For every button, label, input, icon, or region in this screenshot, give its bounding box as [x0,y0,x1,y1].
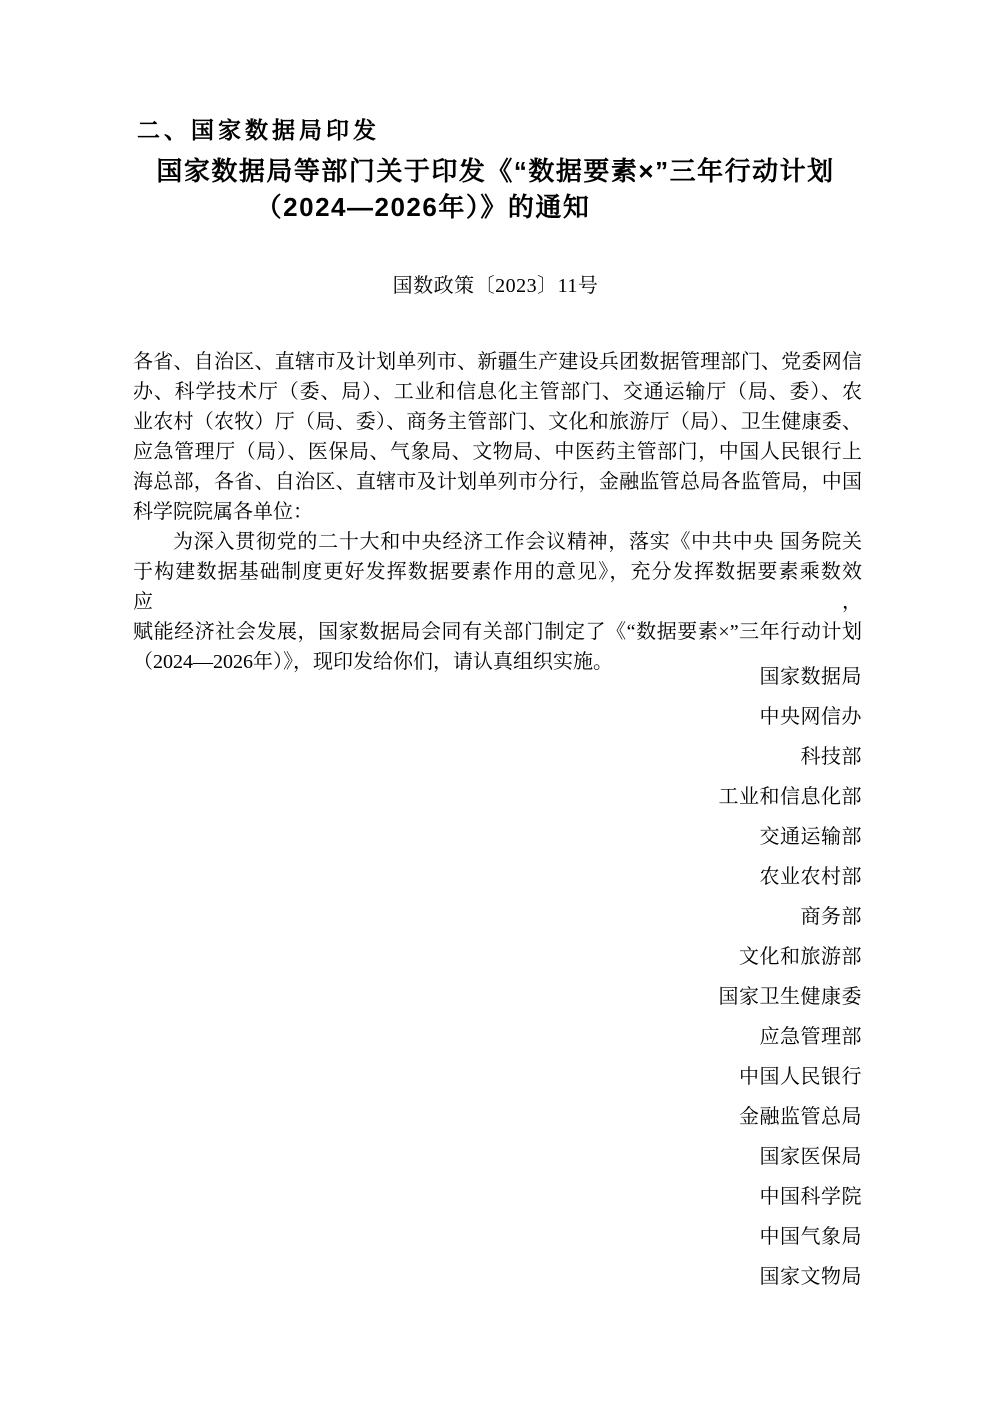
signatory-item: 国家医保局 [133,1137,862,1177]
title-line-1: 国家数据局等部门关于印发《“数据要素×”三年行动计划 [0,153,991,189]
signatory-item: 国家数据局 [133,657,862,697]
salutation-line: 应急管理厅（局）、医保局、气象局、文物局、中医药主管部门，中国人民银行上 [133,437,862,467]
signatory-item: 商务部 [133,897,862,937]
salutation-line: 科学院院属各单位： [133,497,862,527]
body-line: 为深入贯彻党的二十大和中央经济工作会议精神，落实《中共中央 国务院关 [133,527,862,557]
body-text: 各省、自治区、直辖市及计划单列市、新疆生产建设兵团数据管理部门、党委网信 办、科… [133,347,862,677]
signatory-item: 工业和信息化部 [133,777,862,817]
document-title: 国家数据局等部门关于印发《“数据要素×”三年行动计划 （2024—2026年）》… [0,153,991,225]
document-number: 国数政策〔2023〕11号 [0,274,991,298]
salutation-line: 各省、自治区、直辖市及计划单列市、新疆生产建设兵团数据管理部门、党委网信 [133,347,862,377]
signatory-item: 中国气象局 [133,1217,862,1257]
signatory-item: 中国人民银行 [133,1057,862,1097]
signatory-item: 国家卫生健康委 [133,977,862,1017]
signatory-item: 文化和旅游部 [133,937,862,977]
signatory-item: 中央网信办 [133,697,862,737]
signatory-list: 国家数据局 中央网信办 科技部 工业和信息化部 交通运输部 农业农村部 商务部 … [133,657,862,1297]
signatory-item: 中国科学院 [133,1177,862,1217]
signatory-item: 科技部 [133,737,862,777]
body-line: 于构建数据基础制度更好发挥数据要素作用的意见》，充分发挥数据要素乘数效应， [133,557,862,617]
signatory-item: 农业农村部 [133,857,862,897]
salutation-line: 业农村（农牧）厅（局、委）、商务主管部门、文化和旅游厅（局）、卫生健康委、 [133,407,862,437]
body-line: 赋能经济社会发展，国家数据局会同有关部门制定了《“数据要素×”三年行动计划 [133,617,862,647]
salutation-line: 办、科学技术厅（委、局）、工业和信息化主管部门、交通运输厅（局、委）、农 [133,377,862,407]
signatory-item: 金融监管总局 [133,1097,862,1137]
salutation-line: 海总部，各省、自治区、直辖市及计划单列市分行，金融监管总局各监管局，中国 [133,467,862,497]
signatory-item: 应急管理部 [133,1017,862,1057]
signatory-item: 国家文物局 [133,1257,862,1297]
document-page: 二、国家数据局印发 国家数据局等部门关于印发《“数据要素×”三年行动计划 （20… [0,0,991,1403]
section-heading: 二、国家数据局印发 [137,116,380,144]
title-line-2: （2024—2026年）》的通知 [0,189,846,225]
signatory-item: 交通运输部 [133,817,862,857]
